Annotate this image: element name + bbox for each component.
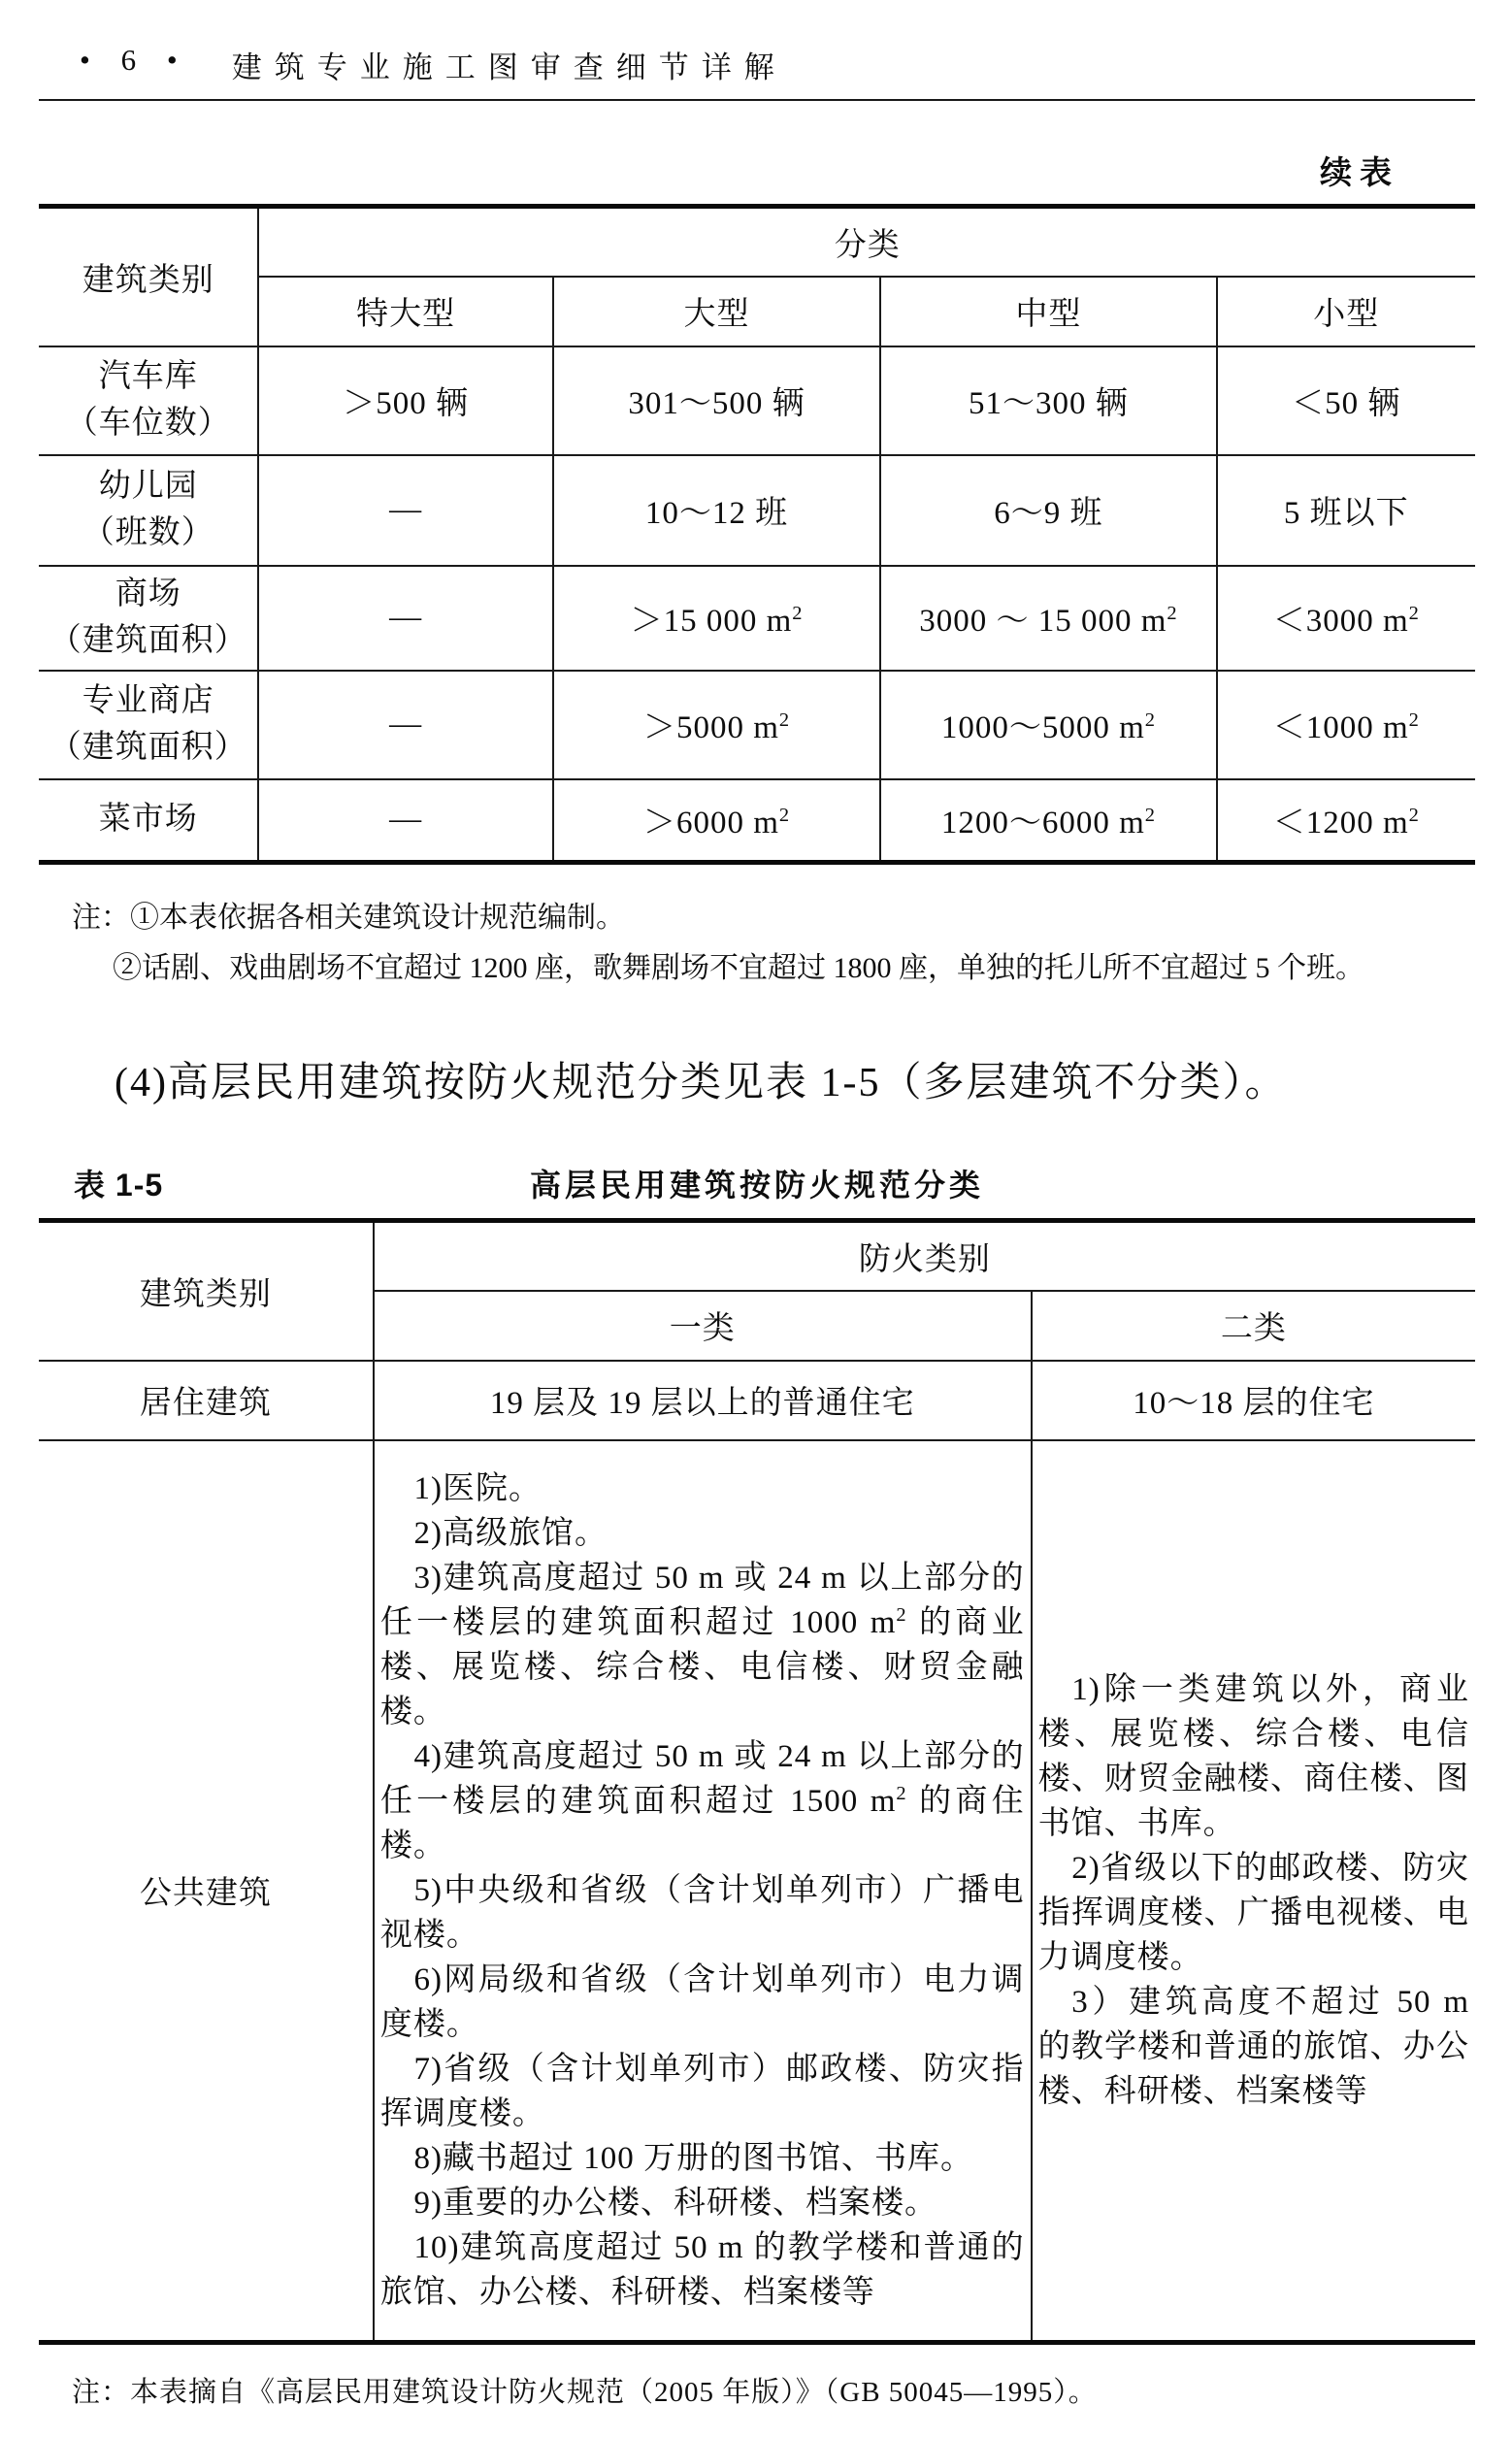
page-number: • 6 • [80, 43, 189, 78]
table-cell: — [258, 566, 552, 671]
table-cell: — [258, 455, 552, 566]
list-item: 1)医院。 [380, 1466, 1025, 1511]
table-row: 菜市场 — ＞6000 m2 1200～6000 m2 ＜1200 m2 [39, 779, 1475, 863]
column-header-category: 建筑类别 [39, 207, 258, 346]
table-cell: — [258, 779, 552, 863]
list-item: 3）建筑高度不超过 50 m 的教学楼和普通的旅馆、办公楼、科研楼、档案楼等 [1038, 1980, 1469, 2114]
column-header-class2: 二类 [1032, 1291, 1475, 1361]
table-cell: ＞6000 m2 [553, 779, 880, 863]
table1-note-2: ②话剧、戏曲剧场不宜超过 1200 座，歌舞剧场不宜超过 1800 座，单独的托… [39, 943, 1475, 994]
row-label-line1: 汽车库 [45, 354, 251, 401]
table-row-residential: 居住建筑 19 层及 19 层以上的普通住宅 10～18 层的住宅 [39, 1361, 1475, 1440]
table-cell-class2: 10～18 层的住宅 [1032, 1361, 1475, 1440]
table-cell: 3000 ～ 15 000 m2 [880, 566, 1216, 671]
list-item: 1)除一类建筑以外，商业楼、展览楼、综合楼、电信楼、财贸金融楼、商住楼、图书馆、… [1038, 1667, 1469, 1846]
book-title: 建筑专业施工图审查细节详解 [232, 43, 787, 86]
table-row: 幼儿园 （班数） — 10～12 班 6～9 班 5 班以下 [39, 455, 1475, 566]
row-label: 商场 （建筑面积） [39, 566, 258, 671]
row-label-line1: 专业商店 [45, 678, 251, 725]
table-cell: 5 班以下 [1217, 455, 1475, 566]
list-item: 2)省级以下的邮政楼、防灾指挥调度楼、广播电视楼、电力调度楼。 [1038, 1846, 1469, 1980]
table-cell: 1200～6000 m2 [880, 779, 1216, 863]
column-header-group: 分类 [258, 207, 1475, 277]
page-running-head: • 6 • 建筑专业施工图审查细节详解 [39, 35, 1475, 101]
table-cell: ＞500 辆 [258, 346, 552, 455]
column-header-xl: 特大型 [258, 277, 552, 346]
fire-classification-table: 建筑类别 防火类别 一类 二类 居住建筑 19 层及 19 层以上的普通住宅 1… [39, 1218, 1475, 2345]
row-label-line2: （建筑面积） [45, 618, 251, 665]
column-header-class1: 一类 [374, 1291, 1032, 1361]
row-label-line2: （车位数） [45, 401, 251, 447]
table2-caption-title: 高层民用建筑按防火规范分类 [39, 1161, 1475, 1205]
table-header-row: 建筑类别 防火类别 [39, 1221, 1475, 1291]
row-label: 公共建筑 [39, 1440, 374, 2343]
table-cell: ＞5000 m2 [553, 671, 880, 779]
building-scale-table: 建筑类别 分类 特大型 大型 中型 小型 汽车库 （车位数） ＞500 辆 30… [39, 204, 1475, 865]
table-cell-class2-items: 1)除一类建筑以外，商业楼、展览楼、综合楼、电信楼、财贸金融楼、商住楼、图书馆、… [1032, 1440, 1475, 2343]
table-cell-class1: 19 层及 19 层以上的普通住宅 [374, 1361, 1032, 1440]
list-item: 4)建筑高度超过 50 m 或 24 m 以上部分的任一楼层的建筑面积超过 15… [380, 1734, 1025, 1868]
row-label-line1: 商场 [45, 572, 251, 618]
row-label: 幼儿园 （班数） [39, 455, 258, 566]
table-cell: 51～300 辆 [880, 346, 1216, 455]
table-cell: ＜50 辆 [1217, 346, 1475, 455]
table-row-public: 公共建筑 1)医院。 2)高级旅馆。 3)建筑高度超过 50 m 或 24 m … [39, 1440, 1475, 2343]
table-cell: ＜3000 m2 [1217, 566, 1475, 671]
list-item: 6)网局级和省级（含计划单列市）电力调度楼。 [380, 1958, 1025, 2047]
table-cell: 1000～5000 m2 [880, 671, 1216, 779]
table-header-row: 建筑类别 分类 [39, 207, 1475, 277]
table-cell: 301～500 辆 [553, 346, 880, 455]
table-row: 专业商店 （建筑面积） — ＞5000 m2 1000～5000 m2 ＜100… [39, 671, 1475, 779]
list-item: 2)高级旅馆。 [380, 1511, 1025, 1556]
table-cell: ＜1000 m2 [1217, 671, 1475, 779]
row-label: 菜市场 [39, 779, 258, 863]
table-cell: ＞15 000 m2 [553, 566, 880, 671]
table-cell: — [258, 671, 552, 779]
table1-notes: 注：①本表依据各相关建筑设计规范编制。 ②话剧、戏曲剧场不宜超过 1200 座，… [39, 893, 1475, 994]
column-header-s: 小型 [1217, 277, 1475, 346]
table2-note: 注：本表摘自《高层民用建筑设计防火规范（2005 年版）》（GB 50045—1… [39, 2370, 1475, 2410]
table1-note-1: 注：①本表依据各相关建筑设计规范编制。 [39, 893, 1475, 943]
column-header-group: 防火类别 [374, 1221, 1475, 1291]
table-cell: 6～9 班 [880, 455, 1216, 566]
column-header-l: 大型 [553, 277, 880, 346]
row-label: 汽车库 （车位数） [39, 346, 258, 455]
list-item: 8)藏书超过 100 万册的图书馆、书库。 [380, 2136, 1025, 2181]
row-label-line2: （建筑面积） [45, 725, 251, 772]
column-header-m: 中型 [880, 277, 1216, 346]
row-label-line1: 菜市场 [45, 797, 251, 843]
list-item: 10)建筑高度超过 50 m 的教学楼和普通的旅馆、办公楼、科研楼、档案楼等 [380, 2225, 1025, 2315]
list-item: 3)建筑高度超过 50 m 或 24 m 以上部分的任一楼层的建筑面积超过 10… [380, 1556, 1025, 1734]
list-item: 5)中央级和省级（含计划单列市）广播电视楼。 [380, 1868, 1025, 1958]
table-cell-class1-items: 1)医院。 2)高级旅馆。 3)建筑高度超过 50 m 或 24 m 以上部分的… [374, 1440, 1032, 2343]
row-label: 专业商店 （建筑面积） [39, 671, 258, 779]
table-cell: 10～12 班 [553, 455, 880, 566]
row-label-line1: 幼儿园 [45, 464, 251, 511]
table2-caption: 表 1-5 高层民用建筑按防火规范分类 [39, 1161, 1475, 1209]
table-row: 商场 （建筑面积） — ＞15 000 m2 3000 ～ 15 000 m2 … [39, 566, 1475, 671]
row-label-line2: （班数） [45, 511, 251, 557]
list-item: 7)省级（含计划单列市）邮政楼、防灾指挥调度楼。 [380, 2047, 1025, 2136]
row-label: 居住建筑 [39, 1361, 374, 1440]
table-cell: ＜1200 m2 [1217, 779, 1475, 863]
body-paragraph: (4)高层民用建筑按防火规范分类见表 1-5（多层建筑不分类）。 [39, 1050, 1475, 1108]
continued-table-label: 续表 [1320, 148, 1399, 193]
book-page: • 6 • 建筑专业施工图审查细节详解 续表 建筑类别 分类 特大型 大型 中型… [0, 0, 1512, 2438]
table-row: 汽车库 （车位数） ＞500 辆 301～500 辆 51～300 辆 ＜50 … [39, 346, 1475, 455]
column-header-category: 建筑类别 [39, 1221, 374, 1361]
list-item: 9)重要的办公楼、科研楼、档案楼。 [380, 2181, 1025, 2225]
